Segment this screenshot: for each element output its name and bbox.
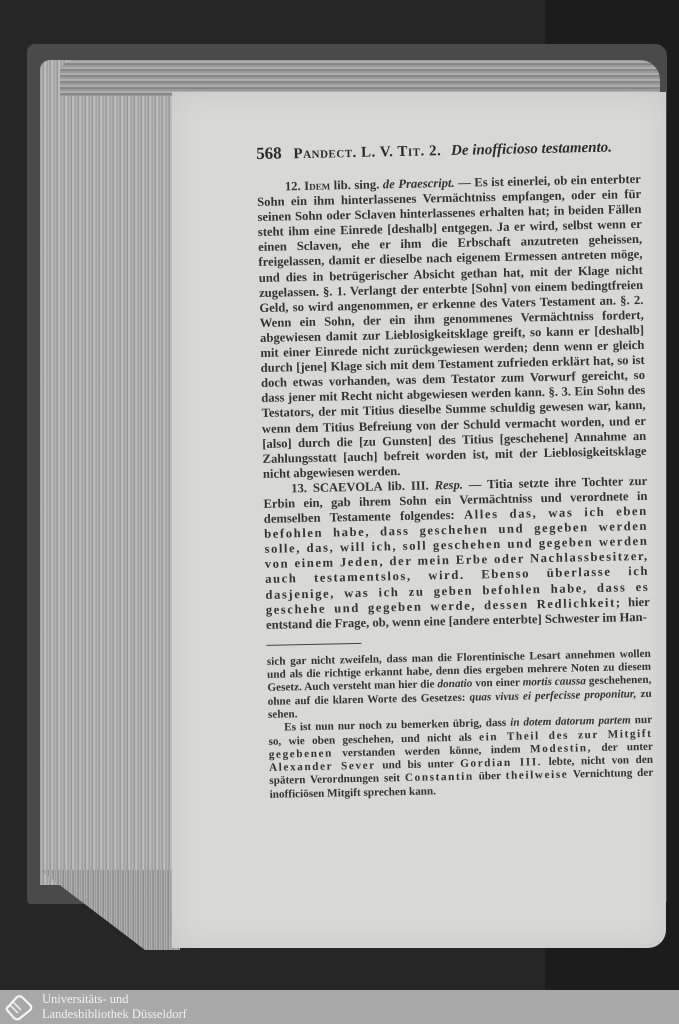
section-13: 13. SCAEVOLA lib. III. Resp. — Titia set… [263,474,650,633]
running-head: 568 Pandect. L. V. Tit. 2. De inofficios… [256,136,640,164]
page-text-block: 568 Pandect. L. V. Tit. 2. De inofficios… [256,136,654,802]
page-edges-top [60,60,660,96]
section-12: 12. Idem lib. sing. de Praescript. — Es … [257,172,647,482]
page-number: 568 [256,143,282,163]
footnote-paragraph-1: sich gar nicht zweifeln, dass man die Fl… [267,648,652,723]
footnote-paragraph-2: Es ist nun nur noch zu bemerken übrig, d… [268,714,654,802]
book-logo-icon [4,993,34,1021]
footnote: sich gar nicht zweifeln, dass man die Fl… [267,648,654,802]
page-edges-left [40,60,180,885]
running-head-title: Pandect. L. V. Tit. 2. [293,143,441,162]
library-name: Universitäts- und Landesbibliothek Düsse… [42,992,187,1022]
scanned-book-image: 568 Pandect. L. V. Tit. 2. De inofficios… [0,0,679,990]
running-head-subtitle: De inofficioso testamento. [451,140,612,159]
page-edges-bottom [40,870,180,950]
footnote-rule [266,643,361,646]
library-footer: Universitäts- und Landesbibliothek Düsse… [0,990,679,1024]
book-page: 568 Pandect. L. V. Tit. 2. De inofficios… [172,92,666,948]
